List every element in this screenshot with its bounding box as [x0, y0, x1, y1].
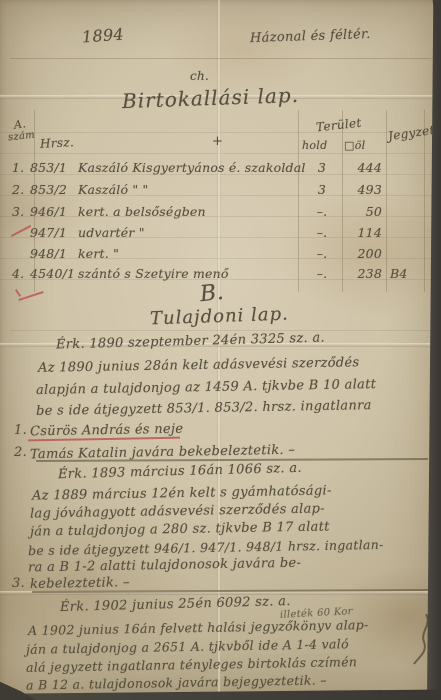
- row-ol: 114: [338, 225, 390, 240]
- ruled-line: [10, 58, 431, 59]
- row-hrsz: 853/1: [30, 160, 78, 175]
- row-number: 3.: [12, 204, 30, 219]
- ink-flourish: [406, 612, 434, 666]
- row-ol: 50: [338, 204, 390, 219]
- table-header-hrsz: Hrsz.: [40, 135, 75, 151]
- row-note: [390, 246, 416, 261]
- entry-text-line: be s ide átjegyzett 853/1. 853/2. hrsz. …: [36, 398, 372, 419]
- row-number: 1.: [12, 160, 30, 175]
- table-header-hold: hold: [302, 139, 327, 152]
- paper-sheet: 1894 Házonal és féltér. ch. Birtokallási…: [0, 0, 441, 700]
- table-column-line: [386, 110, 387, 292]
- row-description: kert. ": [78, 246, 306, 261]
- photographed-document: 1894 Házonal és féltér. ch. Birtokallási…: [0, 0, 441, 700]
- row-description: szántó s Szetyire menő: [78, 266, 306, 281]
- entry-margin-number: 3.: [12, 576, 25, 591]
- table-header-note: Jegyzet: [387, 123, 435, 143]
- entry-closing-line: kebeleztetik. –: [30, 575, 130, 592]
- entry-text-line: Az 1890 junius 28án kelt adásvevési szer…: [38, 355, 360, 376]
- table-column-line: [298, 110, 299, 292]
- row-description: kert. a belsőségben: [78, 204, 306, 219]
- party-name: Tamás Katalin javára bekebeleztetik. –: [30, 443, 295, 463]
- row-note: [390, 160, 416, 175]
- party-number: 1.: [14, 423, 27, 438]
- entry-text-line: ján a tulajdonjog a 2651 A. tjkvből ide …: [26, 636, 349, 657]
- table-row: 3. 946/1 kert. a belsőségben –. 50: [12, 204, 416, 219]
- section-divider-mark: B.: [199, 280, 225, 307]
- row-hrsz: 4540/1: [30, 266, 78, 281]
- red-check-mark: [15, 289, 21, 297]
- row-hold: 3: [306, 182, 338, 197]
- row-ol: 444: [338, 160, 390, 175]
- entry-text-line: be s ide átjegyzett 946/1. 947/1. 948/1 …: [28, 537, 384, 558]
- section-small-mark: ch.: [190, 69, 209, 83]
- row-hold: –.: [306, 204, 338, 219]
- row-note: [390, 204, 416, 219]
- row-hrsz: 853/2: [30, 182, 78, 197]
- row-hold: –.: [306, 225, 338, 240]
- page-title: Birtokallási lap.: [122, 83, 300, 113]
- entry-text-line: lag jóváhagyott adásvevési szerződés ala…: [30, 501, 325, 521]
- row-ol: 493: [338, 182, 390, 197]
- entry-received-line: Érk. 1890 szeptember 24én 3325 sz. a.: [56, 330, 325, 352]
- red-check-mark: [18, 291, 43, 301]
- entry-text-line: alapján a tulajdonjog az 1459 A. tjkvbe …: [36, 377, 376, 398]
- row-number: [12, 225, 30, 240]
- table-row: 947/1 udvartér " –. 114: [12, 225, 416, 240]
- table-row: 4. 4540/1 szántó s Szetyire menő –. 238 …: [12, 266, 416, 281]
- row-hold: –.: [306, 266, 338, 281]
- table-row: 948/1 kert. " –. 200: [12, 246, 416, 261]
- entry-received-line: Érk. 1893 március 16án 1066 sz. a.: [58, 461, 302, 482]
- table-column-line: [342, 110, 343, 292]
- horizontal-fold-crease: [0, 591, 441, 595]
- row-number: 2.: [12, 182, 30, 197]
- row-hold: –.: [306, 246, 338, 261]
- row-number: [12, 246, 30, 261]
- row-ol: 200: [338, 246, 390, 261]
- entry-received-line: Érk. 1902 junius 25én 6092 sz. a.: [60, 594, 291, 615]
- entry-text-line: ra a B 1-2 alatti tulajdonosok javára be…: [28, 556, 301, 576]
- entry-text-line: a B 12 a. tulajdonosok javára bejegyezte…: [26, 672, 327, 692]
- table-header-plus-mark: +: [212, 134, 223, 149]
- row-number: 4.: [12, 266, 30, 281]
- row-note: [390, 225, 416, 240]
- row-hrsz: 948/1: [30, 246, 78, 261]
- table-header-ol: □öl: [344, 139, 365, 152]
- row-description: Kaszáló Kisgyertyános é. szakoldal: [78, 160, 306, 175]
- row-ol: 238: [338, 266, 390, 281]
- entry-text-line: ján a tulajdonjog a 280 sz. tjkvbe B 17 …: [30, 519, 330, 539]
- row-description: Kaszáló " ": [78, 182, 306, 197]
- party-number: 2.: [14, 445, 27, 460]
- table-header-area: Terület: [315, 116, 362, 135]
- row-hrsz: 946/1: [30, 204, 78, 219]
- row-note: [390, 182, 416, 197]
- row-note: B4: [390, 266, 416, 281]
- entry-text-line: A 1902 junius 16án felvett halási jegyző…: [28, 617, 369, 638]
- party-name: Csürös András és neje: [30, 422, 184, 440]
- ownership-title: Tulajdoni lap.: [150, 304, 289, 330]
- place-note: Házonal és féltér.: [250, 27, 371, 46]
- year-note: 1894: [81, 25, 124, 47]
- ruled-line: [10, 330, 433, 331]
- table-header-num-word: szám: [7, 130, 35, 144]
- table-row: 2. 853/2 Kaszáló " " 3 493: [12, 182, 416, 197]
- entry-text-line: Az 1889 március 12én kelt s gyámhatósági…: [32, 483, 332, 503]
- row-description: udvartér ": [78, 225, 306, 240]
- row-hold: 3: [306, 160, 338, 175]
- row-hrsz: 947/1: [30, 225, 78, 240]
- table-row: 1. 853/1 Kaszáló Kisgyertyános é. szakol…: [12, 160, 416, 175]
